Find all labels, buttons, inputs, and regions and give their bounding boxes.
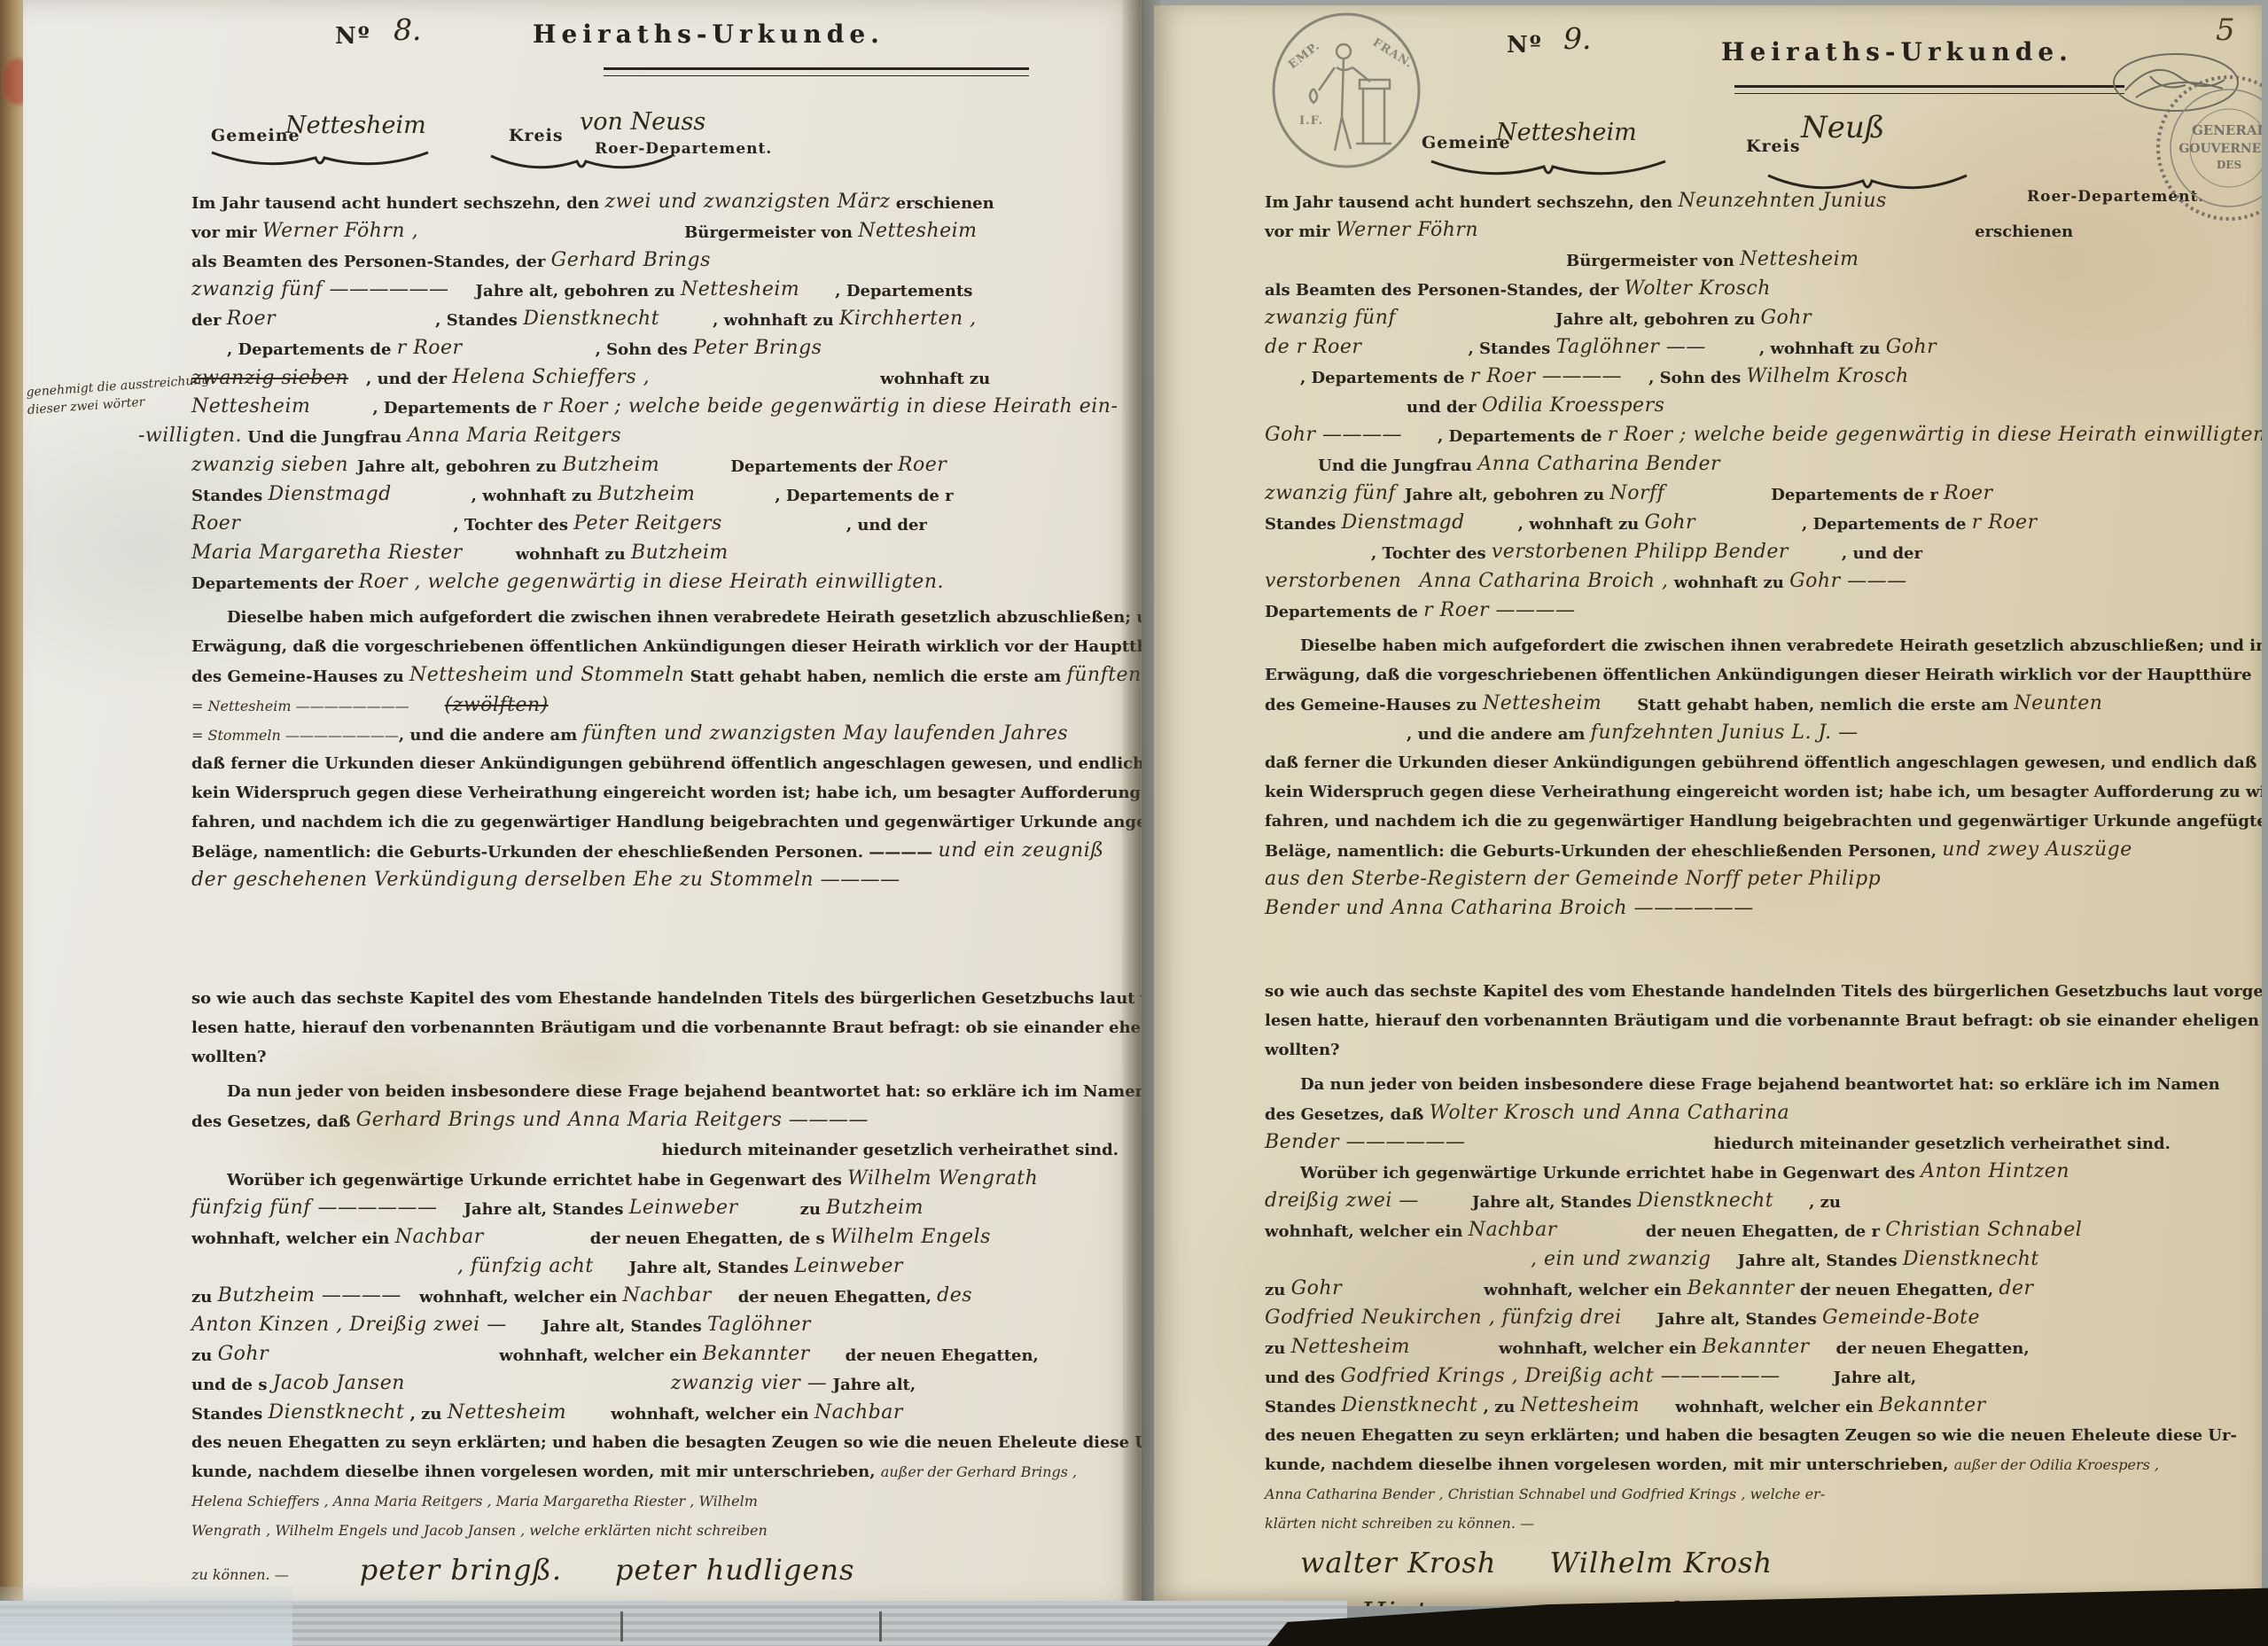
handwritten-small-text: Anna Catharina Bender , Christian Schnab… (1265, 1486, 1825, 1502)
document-line: klärten nicht schreiben zu können. — (1265, 1509, 2244, 1538)
printed-text: fahren, und nachdem ich die zu gegenwärt… (191, 813, 1142, 831)
spacer (1402, 441, 1438, 441)
handwritten-text: Dienstknecht (1637, 1190, 1773, 1212)
printed-text: der neuen Ehegatten, (846, 1346, 1039, 1365)
handwritten-text: fünfzig fünf —————— (191, 1197, 437, 1219)
handwritten-text: Butzheim (826, 1197, 924, 1219)
printed-text: Jahre alt, (1834, 1369, 1917, 1387)
document-line: zwanzig fünfJahre alt, gebohren zu Norff… (1265, 480, 2244, 509)
handwritten-text: r Roer ; welche beide gegenwärtig in die… (1608, 424, 2262, 446)
document-line: und des Godfried Krings , Dreißig acht —… (1265, 1362, 2244, 1392)
printed-text: , wohnhaft zu (472, 487, 598, 505)
signature: peter bringß. (360, 1553, 562, 1587)
spacer (1711, 1265, 1738, 1266)
spacer (659, 471, 730, 472)
printed-text: , und die andere am (399, 726, 583, 745)
printed-text: Bürgermeister von (684, 223, 858, 242)
handwritten-text: Dienstknecht (269, 1401, 405, 1424)
folio-number: 5 (2216, 12, 2235, 48)
printed-text: des Gemeine-Hauses zu (191, 667, 409, 686)
handwritten-text: Wolter Krosch (1625, 277, 1771, 300)
spacer (1496, 1572, 1549, 1572)
svg-text:GOUVERNEM.: GOUVERNEM. (2178, 142, 2262, 156)
document-line: des Gesetzes, daß Gerhard Brings und Ann… (191, 1106, 1118, 1135)
handwritten-text: der (1999, 1277, 2033, 1299)
document-line: Godfried Neukirchen , fünfzig dreiJahre … (1265, 1304, 2244, 1333)
printed-text: Jahre alt, Standes (464, 1200, 628, 1219)
document-body: Im Jahr tausend acht hundert sechszehn, … (1265, 187, 2244, 1606)
spacer (1361, 353, 1468, 354)
brace-under-kreis (488, 152, 674, 176)
spacer (269, 1360, 499, 1361)
certificate-number-value: 9. (1563, 21, 1592, 56)
spacer (566, 1418, 611, 1419)
handwritten-text: zwei und zwanzigsten März (605, 191, 891, 213)
document-line: zu können. —peter bringß.peter hudligens (191, 1545, 1118, 1595)
handwritten-text: Nachbar (623, 1284, 712, 1307)
document-line: zwanzig siebenJahre alt, gebohren zu But… (191, 451, 1118, 480)
printed-text: Worüber ich gegenwärtige Urkunde erricht… (1300, 1164, 1921, 1182)
printed-text: wohnhaft, welcher ein (1265, 1222, 1469, 1241)
document-line: Anna Catharina Bender , Christian Schnab… (1265, 1479, 2244, 1509)
handwritten-text: Christian Schnabel (1885, 1219, 2082, 1241)
printed-text: Standes (191, 487, 269, 505)
spacer (348, 471, 357, 472)
handwritten-text: Gohr ——— (1789, 570, 1907, 592)
printed-text: Standes (1265, 515, 1342, 534)
spacer (1465, 1148, 1713, 1149)
spacer (1401, 587, 1419, 588)
document-line: Erwägung, daß die vorgeschriebenen öffen… (191, 632, 1118, 661)
printed-text: wohnhaft, welcher ein (611, 1405, 814, 1424)
document-line: , Tochter des verstorbenen Philipp Bende… (1371, 538, 2244, 567)
handwritten-text: , fünfzig acht (457, 1255, 594, 1277)
printed-text: , und der (366, 370, 452, 388)
printed-text: Und die Jungfrau (242, 428, 408, 447)
handwritten-text: r Roer (397, 337, 463, 359)
spacer (392, 500, 472, 501)
handwritten-text: Gohr (1760, 307, 1812, 329)
document-line: Nettesheim, Departements de r Roer ; wel… (191, 393, 1118, 422)
certificate-number-label: Nº (1507, 32, 1543, 59)
handwritten-text: Nettesheim (858, 220, 977, 242)
printed-text: und der (1407, 398, 1482, 417)
document-line: wollten? (191, 1042, 1118, 1072)
document-line: des neuen Ehegatten zu seyn erklärten; u… (191, 1428, 1118, 1457)
printed-text: Jahre alt, Standes (542, 1317, 707, 1336)
printed-text: der (191, 311, 227, 330)
document-line: daß ferner die Urkunden dieser Ankündigu… (1265, 748, 2244, 777)
printed-text: hiedurch miteinander gesetzlich verheira… (662, 1141, 1118, 1159)
document-line: fünfzig fünf ——————Jahre alt, Standes Le… (191, 1194, 1118, 1223)
svg-text:DES: DES (2217, 159, 2241, 171)
commune-value: Nettesheim (1496, 119, 1637, 146)
handwritten-text: Butzheim (562, 454, 659, 476)
spacer (1396, 324, 1555, 324)
printed-text: Im Jahr tausend acht hundert sechszehn, … (1265, 193, 1679, 212)
document-line: Departements de r Roer ———— (1265, 597, 2244, 626)
spacer (1410, 1353, 1499, 1353)
handwritten-text: Wilhelm Engels (830, 1226, 991, 1248)
document-line: aus den Sterbe-Registern der Gemeinde No… (1265, 865, 2244, 894)
printed-text: hiedurch miteinander gesetzlich verheira… (1713, 1135, 2170, 1153)
brace-under-commune (1429, 158, 1668, 183)
printed-text: wohnhaft, welcher ein (419, 1288, 623, 1307)
printed-text: , Tochter des (1371, 544, 1492, 563)
document-line: , Departements de r Roer, Sohn des Peter… (227, 334, 1118, 363)
handwritten-text: der geschehenen Verkündigung derselben E… (191, 869, 900, 891)
spacer (463, 558, 516, 559)
handwritten-text: Leinweber (629, 1197, 738, 1219)
handwritten-text: Bekannter (1687, 1277, 1795, 1299)
document-line: vor mir Werner Föhrnerschienen (1265, 216, 2244, 246)
handwritten-text: -willigten. (138, 425, 242, 447)
printed-text: Beläge, namentlich: die Geburts-Urkunden… (1265, 842, 1942, 861)
page-title: Heiraths-Urkunde. (533, 20, 885, 49)
page-edge-mark (879, 1611, 882, 1642)
brace-under-commune (209, 149, 431, 172)
empire-francais-stamp: EMP. FRAN. I.F. (1267, 11, 1425, 170)
spacer (1781, 1382, 1834, 1383)
printed-text: Departements der (191, 574, 359, 593)
printed-text: Departements de (1265, 603, 1423, 621)
printed-text: des neuen Ehegatten zu seyn erklärten; u… (191, 1433, 1142, 1452)
spacer (405, 1389, 671, 1390)
spacer (650, 383, 880, 384)
document-line: so wie auch das sechste Kapitel des vom … (1265, 977, 2244, 1006)
printed-text: Departements der (730, 457, 898, 476)
spacer (1478, 236, 1975, 237)
spacer (1810, 1353, 1836, 1353)
printed-text: erschienen (890, 194, 994, 213)
handwritten-text: Nettesheim (1291, 1336, 1410, 1358)
handwritten-text: Leinweber (794, 1255, 903, 1277)
document-line: Bender und Anna Catharina Broich —————— (1265, 894, 2244, 924)
kreis-label: Kreis (1746, 137, 1801, 156)
printed-text: Jahre alt, Standes (629, 1259, 794, 1277)
handwritten-small-text: außer der Odilia Kroespers , (1954, 1456, 2159, 1473)
printed-text: Beläge, namentlich: die Geburts-Urkunden… (191, 843, 939, 862)
printed-text: des neuen Ehegatten zu seyn erklärten; u… (1265, 1426, 2237, 1445)
handwritten-text: aus den Sterbe-Registern der Gemeinde No… (1265, 868, 1881, 890)
handwritten-text: Dienstknecht (1903, 1248, 2039, 1270)
handwritten-text: Nachbar (395, 1226, 484, 1248)
standing-figure-icon (1310, 44, 1391, 151)
kreis-value: Neuß (1801, 110, 1884, 145)
spacer (562, 1579, 615, 1580)
spacer (289, 1579, 360, 1580)
document-line: Standes Dienstknecht , zu Nettesheimwohn… (191, 1399, 1118, 1428)
spacer (1622, 1323, 1657, 1324)
document-line: zwanzig fünfJahre alt, gebohren zu Gohr (1265, 304, 2244, 333)
handwritten-text: Anton Kinzen , Dreißig zwei — (191, 1314, 507, 1336)
handwritten-text: Gemeinde-Bote (1822, 1307, 1980, 1329)
spacer (1695, 528, 1802, 529)
document-line: als Beamten des Personen-Standes, der Ge… (191, 246, 1118, 276)
document-line: zwanzig fünf ——————Jahre alt, gebohren z… (191, 276, 1118, 305)
handwritten-text: Bekannter (1879, 1394, 1986, 1416)
document-line: , fünfzig achtJahre alt, Standes Leinweb… (457, 1252, 1118, 1282)
printed-text: der neuen Ehegatten, (1795, 1281, 1999, 1299)
handwritten-text: Anton Hintzen (1921, 1160, 2069, 1182)
spacer (1622, 382, 1648, 383)
handwritten-text: Gohr (1645, 511, 1696, 534)
handwritten-text: Nettesheim (1483, 692, 1602, 714)
printed-text: daß ferner die Urkunden dieser Ankündigu… (191, 754, 1142, 773)
printed-text: , Standes (435, 311, 523, 330)
document-line: des Gemeine-Hauses zu NettesheimStatt ge… (1265, 690, 2244, 719)
document-line: fahren, und nachdem ich die zu gegenwärt… (191, 807, 1118, 837)
handwritten-text: Helena Schieffers , (452, 366, 650, 388)
printed-text: Statt gehabt haben, nemlich die erste am (1637, 696, 2014, 714)
printed-text: kein Widerspruch gegen diese Verheirathu… (191, 784, 1142, 802)
document-line: Roer, Tochter des Peter Reitgers, und de… (191, 510, 1118, 539)
printed-text: Da nun jeder von beiden insbesondere die… (227, 1082, 1142, 1101)
spacer (1396, 499, 1405, 500)
printed-text: zu (1265, 1339, 1291, 1358)
handwritten-text: Norff (1609, 482, 1664, 504)
certificate-number-label: Nº (335, 23, 371, 50)
page-corner-highlight (0, 1587, 292, 1646)
printed-text: Jahre alt, gebohren zu (476, 282, 681, 300)
printed-text: wohnhaft zu (1669, 573, 1790, 592)
handwritten-text: Roer (1944, 482, 1992, 504)
handwritten-text: Anna Catharina Broich , (1419, 570, 1668, 592)
spacer (1773, 1206, 1809, 1207)
handwritten-text: Neunten (2014, 692, 2102, 714)
handwritten-text: und ein zeugniß (939, 839, 1104, 862)
printed-text: der neuen Ehegatten, (1836, 1339, 2030, 1358)
document-line: -willigten. Und die Jungfrau Anna Maria … (138, 422, 1118, 451)
handwritten-text: r Roer (1972, 511, 2038, 534)
printed-text: so wie auch das sechste Kapitel des vom … (191, 989, 1142, 1008)
spacer (659, 324, 713, 325)
handwritten-small-text: zu können. — (191, 1566, 289, 1583)
handwritten-small-text: = Nettesheim ———————— (191, 698, 409, 714)
document-line: Standes Dienstmagd, wohnhaft zu Butzheim… (191, 480, 1118, 510)
spacer (310, 412, 372, 413)
document-line: wohnhaft, welcher ein Nachbarder neuen E… (191, 1223, 1118, 1252)
printed-text: , Tochter des (453, 516, 573, 534)
printed-text: wohnhaft, welcher ein (191, 1229, 395, 1248)
kreis-label: Kreis (509, 126, 564, 145)
document-line: hiedurch miteinander gesetzlich verheira… (191, 1135, 1118, 1165)
printed-text: , Departements de (372, 399, 542, 417)
spacer (401, 1301, 419, 1302)
handwritten-text: Bekannter (1703, 1336, 1810, 1358)
document-line: zu Gohrwohnhaft, welcher ein Bekannterde… (191, 1340, 1118, 1369)
document-line: des Gemeine-Hauses zu Nettesheim und Sto… (191, 661, 1118, 690)
title-rule (604, 67, 1029, 76)
printed-text: wohnhaft, welcher ein (1499, 1339, 1703, 1358)
document-line: Da nun jeder von beiden insbesondere die… (1300, 1070, 2244, 1099)
handwritten-text: Nettesheim (681, 278, 799, 300)
handwritten-text: Taglöhner —— (1556, 336, 1706, 358)
printed-text: lesen hatte, hierauf den vorbenannten Br… (1265, 1011, 2259, 1030)
printed-text: , zu (1809, 1193, 1841, 1212)
document-line: = Stommeln ————————, und die andere am f… (191, 720, 1118, 749)
printed-text: , und die andere am (1407, 725, 1591, 744)
printed-text: , wohnhaft zu (713, 311, 839, 330)
document-line: Worüber ich gegenwärtige Urkunde erricht… (1300, 1158, 2244, 1187)
handwritten-text: Gohr (1886, 336, 1937, 358)
document-line: Dieselbe haben mich aufgefordert die zwi… (1300, 631, 2244, 660)
spacer (348, 383, 366, 384)
spacer (810, 1360, 846, 1361)
handwritten-text: fünften und zwanzigsten May laufenden Ja… (583, 722, 1069, 745)
document-line: , und die andere am funfzehnten Junius L… (1407, 719, 2244, 748)
document-line: Helena Schieffers , Anna Maria Reitgers … (191, 1486, 1118, 1516)
document-line: verstorbenenAnna Catharina Broich , wohn… (1265, 567, 2244, 597)
document-line: Bürgermeister von Nettesheim (1566, 246, 2244, 275)
document-line: zwanzig sieben, und der Helena Schieffer… (191, 363, 1118, 393)
handwritten-small-text: klärten nicht schreiben zu können. — (1265, 1515, 1534, 1532)
printed-text: wollten? (1265, 1041, 1340, 1059)
handwritten-text: Godfried Neukirchen , fünfzig drei (1265, 1307, 1622, 1329)
document-line: zu Nettesheimwohnhaft, welcher ein Bekan… (1265, 1333, 2244, 1362)
printed-text: des Gemeine-Hauses zu (1265, 696, 1483, 714)
spacer (1664, 499, 1771, 500)
handwritten-text: Anna Catharina Bender (1477, 453, 1720, 475)
spacer (722, 529, 846, 530)
printed-text: Standes (1265, 1398, 1342, 1416)
handwritten-text: Kirchherten , (839, 308, 977, 330)
handwritten-small-text: = Stommeln ———————— (191, 727, 399, 744)
document-line: Beläge, namentlich: die Geburts-Urkunden… (1265, 836, 2244, 865)
spacer (695, 500, 775, 501)
signature: peter hudligens (615, 1553, 854, 1587)
printed-text: Worüber ich gegenwärtige Urkunde erricht… (227, 1171, 847, 1190)
printed-text: , Standes (1468, 339, 1555, 358)
document-line: der geschehenen Verkündigung derselben E… (191, 866, 1118, 895)
spacer (409, 710, 445, 711)
right-page: EMP. FRAN. I.F. Nº 9. Heiraths-Urkunde. … (1154, 5, 2262, 1606)
handwritten-text: Werner Föhrn (1336, 219, 1478, 241)
handwritten-text: r Roer ———— (1423, 599, 1575, 621)
handwritten-text: Gohr (1291, 1277, 1343, 1299)
document-line: lesen hatte, hierauf den vorbenannten Br… (1265, 1006, 2244, 1035)
handwritten-text: r Roer ; welche beide gegenwärtig in die… (542, 395, 1118, 417)
document-line: Da nun jeder von beiden insbesondere die… (227, 1077, 1118, 1106)
handwritten-text: r Roer ———— (1470, 365, 1622, 387)
printed-text: so wie auch das sechste Kapitel des vom … (1265, 982, 2262, 1001)
printed-text: Dieselbe haben mich aufgefordert die zwi… (227, 608, 1142, 627)
spacer (1602, 709, 1637, 710)
printed-text: als Beamten des Personen-Standes, der (191, 253, 551, 271)
document-line: Standes Dienstmagd, wohnhaft zu Gohr, De… (1265, 509, 2244, 538)
handwritten-text: Nachbar (814, 1401, 903, 1424)
printed-text: des Gesetzes, daß (191, 1112, 356, 1131)
printed-text: , wohnhaft zu (1518, 515, 1645, 534)
document-line: zu Butzheim ————wohnhaft, welcher ein Na… (191, 1282, 1118, 1311)
handwritten-text: Wolter Krosch und Anna Catharina (1430, 1102, 1789, 1124)
handwritten-text: Bekannter (703, 1343, 810, 1365)
printed-text: und de s (191, 1376, 273, 1394)
document-line: de r Roer, Standes Taglöhner ——, wohnhaf… (1265, 333, 2244, 363)
printed-text: , zu (1477, 1398, 1520, 1416)
document-line: kunde, nachdem dieselbe ihnen vorgelesen… (1265, 1450, 2244, 1479)
handwritten-strikethrough: zwanzig sieben (191, 367, 348, 389)
handwritten-text: verstorbenen (1265, 570, 1401, 592)
handwritten-small-text: außer der Gerhard Brings , (881, 1463, 1077, 1480)
document-line: Wengrath , Wilhelm Engels und Jacob Jans… (191, 1516, 1118, 1545)
document-line: zu Gohrwohnhaft, welcher ein Bekannter d… (1265, 1275, 2244, 1304)
spacer (1706, 353, 1759, 354)
printed-text: Jahre alt, Standes (1738, 1252, 1903, 1270)
handwritten-text: Dienstknecht (1342, 1394, 1478, 1416)
handwritten-text: Butzheim (631, 542, 729, 564)
handwritten-text: dreißig zwei — (1265, 1190, 1419, 1212)
document-line: vor mir Werner Föhrn ,Bürgermeister von … (191, 217, 1118, 246)
handwritten-text: zwanzig sieben (191, 454, 348, 476)
printed-text: als Beamten des Personen-Standes, der (1265, 281, 1625, 300)
printed-text: , Departements de (227, 340, 397, 359)
handwritten-text: Bender und Anna Catharina Broich —————— (1265, 897, 1754, 919)
printed-text: wohnhaft zu (880, 370, 990, 388)
document-line: wohnhaft, welcher ein Nachbarder neuen E… (1265, 1216, 2244, 1245)
handwritten-text: zwanzig fünf (1265, 307, 1396, 329)
printed-text: zu (800, 1200, 827, 1219)
svg-text:GENERAL: GENERAL (2192, 122, 2262, 138)
handwritten-text: Gohr ———— (1265, 424, 1402, 446)
handwritten-text: Jacob Jansen (273, 1372, 405, 1394)
document-line: daß ferner die Urkunden dieser Ankündigu… (191, 749, 1118, 778)
signature: Wilhelm Krosh (1549, 1546, 1773, 1580)
handwritten-text: Dienstmagd (269, 483, 392, 505)
printed-text: wollten? (191, 1048, 267, 1066)
document-line: kunde, nachdem dieselbe ihnen vorgelesen… (191, 1457, 1118, 1486)
printed-text: Standes (191, 1405, 269, 1424)
handwritten-text: Nachbar (1469, 1219, 1557, 1241)
printed-text: , Sohn des (1648, 369, 1746, 387)
spacer (437, 1213, 464, 1214)
printed-text: Dieselbe haben mich aufgefordert die zwi… (1300, 636, 2262, 655)
document-line: , Departements de r Roer ————, Sohn des … (1300, 363, 2244, 392)
document-line: kein Widerspruch gegen diese Verheirathu… (1265, 777, 2244, 807)
document-line: Maria Margaretha Riesterwohnhaft zu Butz… (191, 539, 1118, 568)
printed-text: , Departements de (1802, 515, 1972, 534)
printed-text: , wohnhaft zu (1759, 339, 1886, 358)
document-line: , ein und zwanzigJahre alt, Standes Dien… (1531, 1245, 2244, 1275)
spacer (449, 295, 476, 296)
handwritten-text: Roer (227, 308, 276, 330)
handwritten-text: Butzheim (598, 483, 696, 505)
spacer (418, 237, 684, 238)
printed-text: wohnhaft, welcher ein (1484, 1281, 1687, 1299)
printed-text: der neuen Ehegatten, de s (590, 1229, 830, 1248)
document-line: Worüber ich gegenwärtige Urkunde erricht… (227, 1165, 1118, 1194)
spacer (712, 1301, 738, 1302)
spacer (1342, 1294, 1484, 1295)
printed-text: daß ferner die Urkunden dieser Ankündigu… (1265, 753, 2262, 772)
spacer (1640, 1411, 1675, 1412)
document-line: Standes Dienstknecht , zu Nettesheimwohn… (1265, 1392, 2244, 1421)
printed-text: Jahre alt, Standes (1472, 1193, 1637, 1212)
document-line: Anton Kinzen , Dreißig zwei —Jahre alt, … (191, 1311, 1118, 1340)
handwritten-small-text: Helena Schieffers , Anna Maria Reitgers … (191, 1493, 758, 1509)
printed-text: Statt gehabt haben, nemlich die erste am (684, 667, 1066, 686)
printed-text: Jahre alt, (827, 1376, 916, 1394)
handwritten-text: Nettesheim (191, 395, 310, 417)
document-line: lesen hatte, hierauf den vorbenannten Br… (191, 1013, 1118, 1042)
printed-text: Departements de r (1771, 486, 1944, 504)
spacer (1465, 528, 1518, 529)
document-line: und der Odilia Kroesspers (1407, 392, 2244, 421)
handwritten-text: Nettesheim (1521, 1394, 1640, 1416)
printed-text: , Sohn des (596, 340, 693, 359)
certificate-number-value: 8. (394, 12, 422, 47)
printed-text: der neuen Ehegatten, (738, 1288, 937, 1307)
